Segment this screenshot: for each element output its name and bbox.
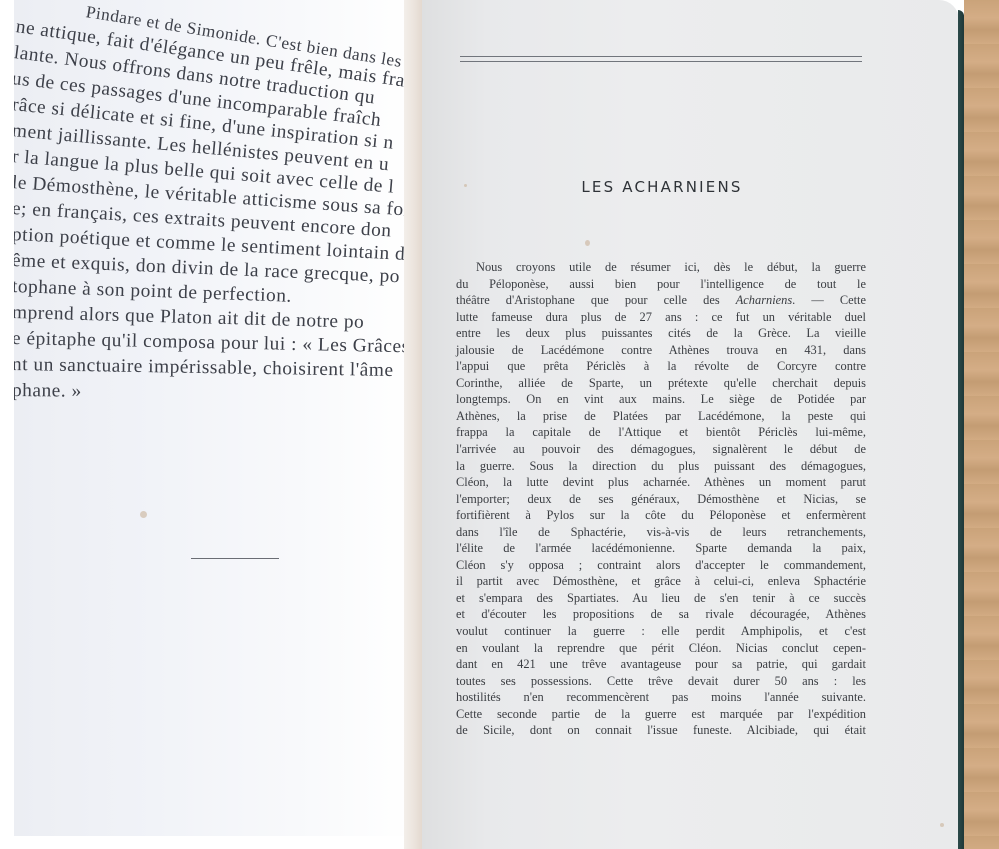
chapter-title: LES ACHARNIENS xyxy=(462,178,862,196)
text-line: Cette seconde partie de la guerre est ma… xyxy=(456,706,866,723)
text-line: jalousie de Lacédémone contre Athènes tr… xyxy=(456,342,866,359)
text-line: voulut continuer la guerre : elle perdit… xyxy=(456,623,866,640)
text-line: et s'empara des Spartiates. Au lieu de s… xyxy=(456,590,866,607)
text-line: l'élite de l'armée lacédémonienne. Spart… xyxy=(456,540,866,557)
foxing-spot xyxy=(940,823,944,827)
text-line: entre les deux plus puissantes cités de … xyxy=(456,325,866,342)
book-gutter xyxy=(404,0,422,849)
text-line: dans l'île de Sphactérie, vis-à-vis de l… xyxy=(456,524,866,541)
wooden-table-background xyxy=(964,0,999,849)
text-line: nt un sanctuaire impérissable, choisiren… xyxy=(14,354,394,382)
text-line: l'arrivée au pouvoir des démagogues, sig… xyxy=(456,441,866,458)
text-line: l'appui que prêta Périclès à la révolte … xyxy=(456,358,866,375)
header-double-rule xyxy=(460,56,862,62)
text-line: fortifièrent à Pylos sur la côte du Pélo… xyxy=(456,507,866,524)
text-line: l'emporter; deux de ses généraux, Démost… xyxy=(456,491,866,508)
text-line: Cléon s'y opposa ; contraint alors d'acc… xyxy=(456,557,866,574)
text-line: Athènes, la prise de Platées par Lacédém… xyxy=(456,408,866,425)
section-end-rule xyxy=(191,558,279,559)
chapter-body-paragraph: Nous croyons utile de résumer ici, dès l… xyxy=(456,259,866,739)
text-line: dant en 421 une trêve avantageuse pour s… xyxy=(456,656,866,673)
foxing-spot xyxy=(140,511,147,518)
text-line: phane. » xyxy=(14,380,82,403)
left-page: Pindare et de Simonide. C'est bien dans … xyxy=(14,0,416,836)
text-line: du Péloponèse, aussi bien pour l'intelli… xyxy=(456,276,866,293)
left-page-text: Pindare et de Simonide. C'est bien dans … xyxy=(14,0,416,420)
foxing-spot xyxy=(585,240,590,246)
text-line: en voulant la reprendre que périt Cléon.… xyxy=(456,640,866,657)
text-line: et d'écouter les propositions de sa riva… xyxy=(456,606,866,623)
text-line: la guerre. Sous la direction du plus pui… xyxy=(456,458,866,475)
text-line: Nous croyons utile de résumer ici, dès l… xyxy=(456,259,866,276)
book-cover-edge xyxy=(958,10,964,849)
text-line: théâtre d'Aristophane que pour celle des… xyxy=(456,292,866,309)
text-line: toutes ses possessions. Cette trêve deva… xyxy=(456,673,866,690)
text-line: il partit avec Démosthène, et grâce à ce… xyxy=(456,573,866,590)
text-line: lutte fameuse dura plus de 27 ans : ce f… xyxy=(456,309,866,326)
text-line: hostilités n'en recommencèrent pas moins… xyxy=(456,689,866,706)
text-line: de Sicile, dont on connait l'issue funes… xyxy=(456,722,866,739)
text-line: Cléon, la lutte devint plus acharnée. At… xyxy=(456,474,866,491)
text-line: longtemps. On en vint aux mains. Le sièg… xyxy=(456,391,866,408)
text-line: Corinthe, alliée de Sparte, un prétexte … xyxy=(456,375,866,392)
text-line: frappa la capitale de l'Attique et bient… xyxy=(456,424,866,441)
